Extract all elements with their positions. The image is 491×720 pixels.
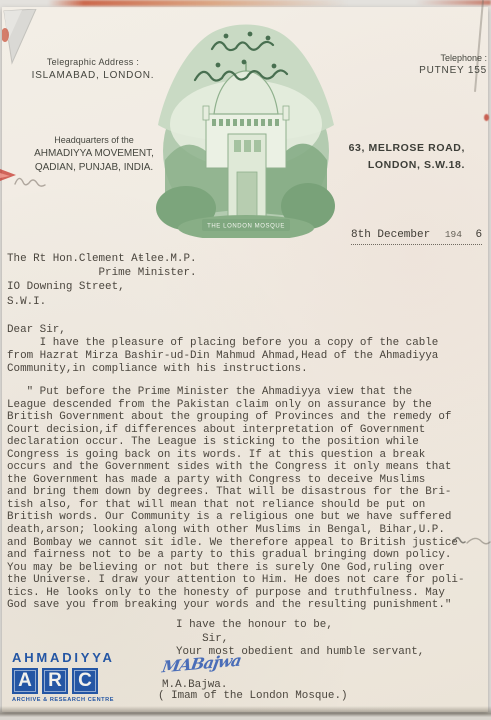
signed-title: ( Imam of the London Mosque.) (158, 691, 348, 702)
emblem-caption: THE LONDON MOSQUE (207, 224, 285, 230)
telephone-label: Telephone : (377, 53, 487, 63)
salutation-and-intro: Dear Sir, I have the pleasure of placing… (7, 324, 438, 376)
arc-logo-letters: A R C (12, 668, 115, 694)
red-speck-right-edge (484, 114, 489, 121)
date-typed-year: 6 (476, 229, 483, 241)
arc-logo-letter-c: C (72, 668, 98, 694)
date-printed-year: 194 (445, 229, 462, 240)
arc-logo-letter-r: R (42, 668, 68, 694)
pencil-swirl-annotation (451, 533, 491, 549)
red-streak-top (48, 0, 348, 6)
red-streak-top-right (416, 0, 491, 5)
telegraphic-address-block: Telegraphic Address : ISLAMABAD, LONDON. (16, 57, 170, 81)
cable-quotation: " Put before the Prime Minister the Ahma… (7, 386, 464, 612)
arc-archive-logo: AHMADIYYA A R C ARCHIVE & RESEARCH CENTR… (12, 650, 115, 703)
date-typed: 8th December (351, 229, 430, 241)
arc-logo-org-name: AHMADIYYA (12, 650, 115, 665)
recipient-address: The Rt Hon.Clement Aŧlee.M.P. Prime Mini… (7, 252, 197, 309)
paper-bottom-edge (0, 706, 491, 720)
telegraphic-address-label: Telegraphic Address : (16, 57, 170, 67)
arc-logo-subtitle: ARCHIVE & RESEARCH CENTRE (12, 697, 115, 703)
arc-logo-letter-a: A (12, 668, 38, 694)
letter-scan: Telegraphic Address : ISLAMABAD, LONDON.… (0, 0, 491, 720)
london-mosque-emblem: THE LONDON MOSQUE (148, 22, 344, 238)
telegraphic-address-value: ISLAMABAD, LONDON. (16, 70, 170, 81)
date-line: 8th December 194 6 (351, 224, 482, 245)
telephone-value: PUTNEY 155 (377, 65, 487, 76)
telephone-block: Telephone : PUTNEY 155 (377, 53, 487, 76)
